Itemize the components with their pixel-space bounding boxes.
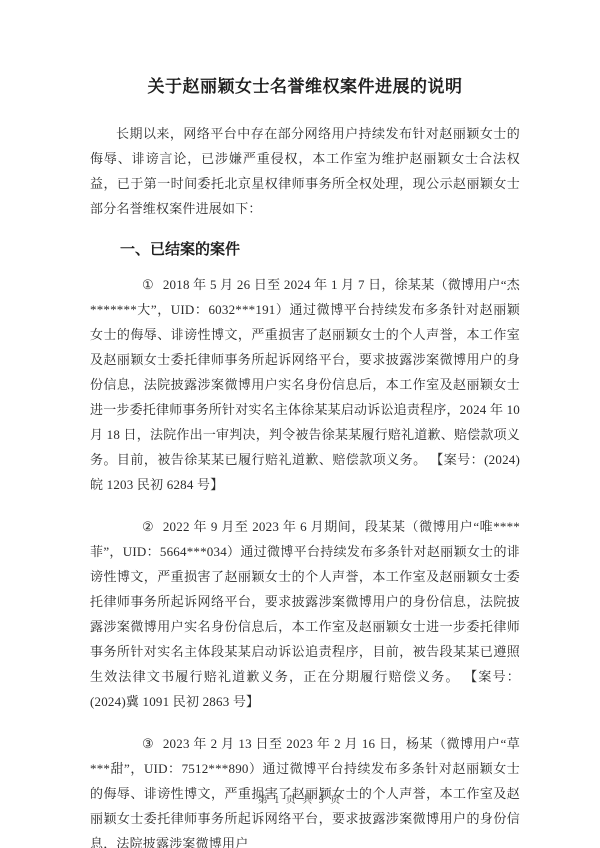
- case-number-3: ③: [116, 731, 154, 756]
- case-number-1: ①: [116, 272, 154, 297]
- case-item-1: ①2018 年 5 月 26 日至 2024 年 1 月 7 日，徐某某（微博用…: [90, 272, 520, 497]
- case-number-2: ②: [116, 514, 154, 539]
- case-item-3: ③2023 年 2 月 13 日至 2023 年 2 月 16 日，杨某（微博用…: [90, 731, 520, 848]
- document-title: 关于赵丽颖女士名誉维权案件进展的说明: [90, 72, 520, 97]
- page-number-footer: 第 1 页 共 9 页: [0, 791, 600, 806]
- case-item-2: ②2022 年 9 月至 2023 年 6 月期间，段某某（微博用户“唯****…: [90, 514, 520, 714]
- section-heading-closed-cases: 一、已结案的案件: [90, 237, 520, 262]
- case-text-2: 2022 年 9 月至 2023 年 6 月期间，段某某（微博用户“唯****菲…: [90, 519, 520, 709]
- intro-paragraph: 长期以来，网络平台中存在部分网络用户持续发布针对赵丽颖女士的侮辱、诽谤言论，已涉…: [90, 121, 520, 221]
- document-content: 关于赵丽颖女士名誉维权案件进展的说明 长期以来，网络平台中存在部分网络用户持续发…: [0, 0, 600, 848]
- document-page: 关于赵丽颖女士名誉维权案件进展的说明 长期以来，网络平台中存在部分网络用户持续发…: [0, 0, 600, 848]
- case-text-1: 2018 年 5 月 26 日至 2024 年 1 月 7 日，徐某某（微博用户…: [90, 277, 520, 492]
